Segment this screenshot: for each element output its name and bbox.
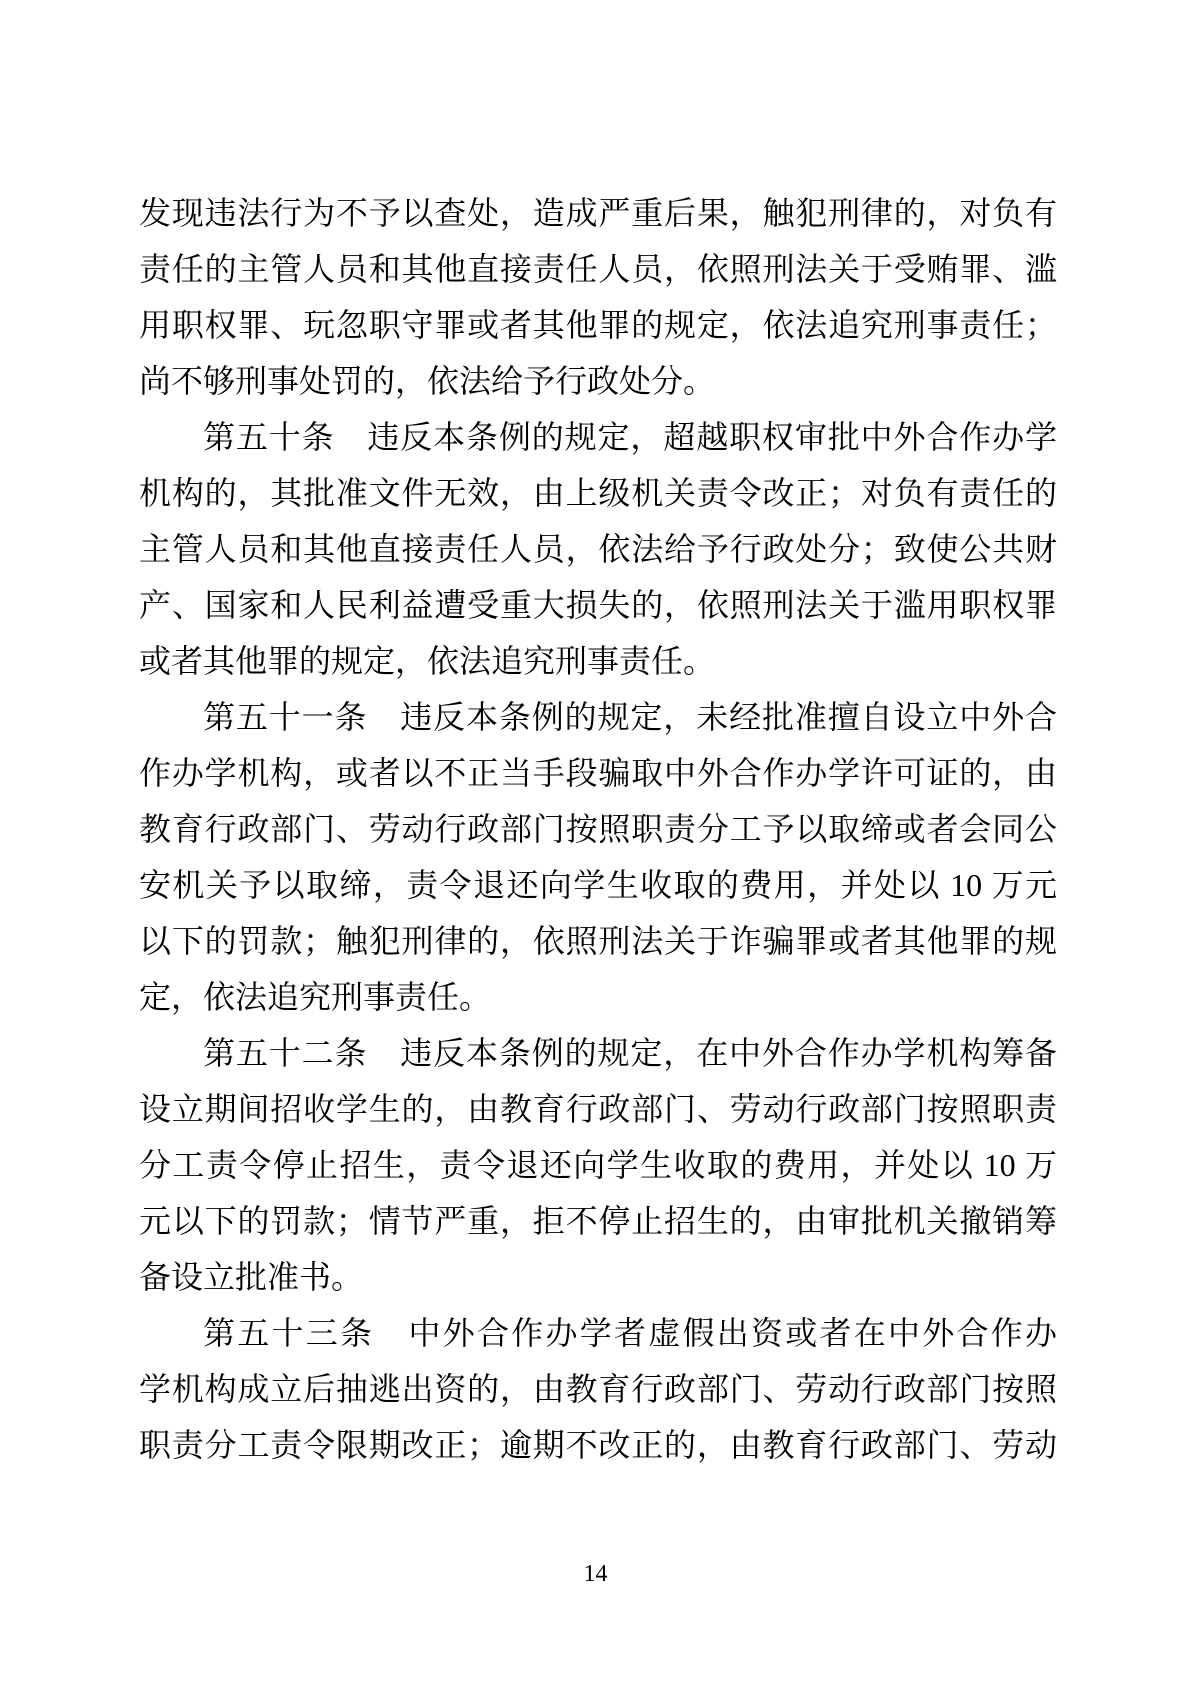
document-body: 发现违法行为不予以查处，造成严重后果，触犯刑律的，对负有责任的主管人员和其他直接… (139, 185, 1057, 1473)
text-line: 责任的主管人员和其他直接责任人员，依照刑法关于受贿罪、滥 (139, 241, 1057, 297)
text-line: 学机构成立后抽逃出资的，由教育行政部门、劳动行政部门按照 (139, 1361, 1057, 1417)
text-line: 机构的，其批准文件无效，由上级机关责令改正；对负有责任的 (139, 465, 1057, 521)
page-number: 14 (0, 1560, 1191, 1588)
text-line: 或者其他罪的规定，依法追究刑事责任。 (139, 633, 1057, 689)
text-line: 尚不够刑事处罚的，依法给予行政处分。 (139, 353, 1057, 409)
text-line: 主管人员和其他直接责任人员，依法给予行政处分；致使公共财 (139, 521, 1057, 577)
document-page: 发现违法行为不予以查处，造成严重后果，触犯刑律的，对负有责任的主管人员和其他直接… (0, 0, 1191, 1684)
text-line: 第五十条 违反本条例的规定，超越职权审批中外合作办学 (139, 409, 1057, 465)
text-line: 第五十二条 违反本条例的规定，在中外合作办学机构筹备 (139, 1025, 1057, 1081)
text-line: 以下的罚款；触犯刑律的，依照刑法关于诈骗罪或者其他罪的规 (139, 913, 1057, 969)
text-line: 安机关予以取缔，责令退还向学生收取的费用，并处以 10 万元 (139, 857, 1057, 913)
text-line: 教育行政部门、劳动行政部门按照职责分工予以取缔或者会同公 (139, 801, 1057, 857)
text-line: 元以下的罚款；情节严重，拒不停止招生的，由审批机关撤销筹 (139, 1193, 1057, 1249)
text-line: 备设立批准书。 (139, 1249, 1057, 1305)
text-line: 职责分工责令限期改正；逾期不改正的，由教育行政部门、劳动 (139, 1417, 1057, 1473)
text-line: 第五十一条 违反本条例的规定，未经批准擅自设立中外合 (139, 689, 1057, 745)
text-line: 设立期间招收学生的，由教育行政部门、劳动行政部门按照职责 (139, 1081, 1057, 1137)
text-line: 第五十三条 中外合作办学者虚假出资或者在中外合作办 (139, 1305, 1057, 1361)
text-line: 定，依法追究刑事责任。 (139, 969, 1057, 1025)
text-line: 发现违法行为不予以查处，造成严重后果，触犯刑律的，对负有 (139, 185, 1057, 241)
text-line: 产、国家和人民利益遭受重大损失的，依照刑法关于滥用职权罪 (139, 577, 1057, 633)
text-line: 作办学机构，或者以不正当手段骗取中外合作办学许可证的，由 (139, 745, 1057, 801)
text-line: 分工责令停止招生，责令退还向学生收取的费用，并处以 10 万 (139, 1137, 1057, 1193)
text-line: 用职权罪、玩忽职守罪或者其他罪的规定，依法追究刑事责任； (139, 297, 1057, 353)
